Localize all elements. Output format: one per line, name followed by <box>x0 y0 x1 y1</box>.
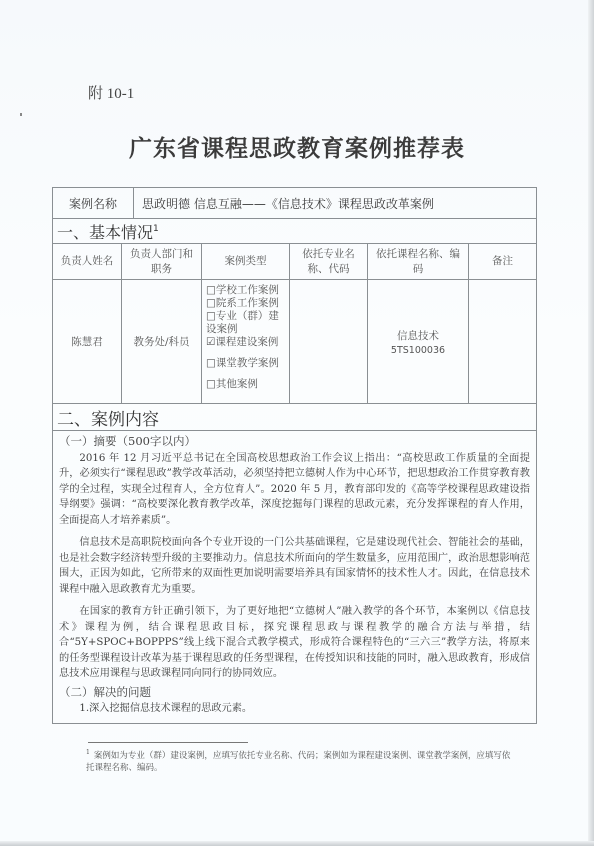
case-name-value: 思政明德 信息互融——《信息技术》课程思政改革案例 <box>134 188 536 218</box>
dept-position: 教务处/科员 <box>122 280 202 403</box>
course-code: 5TS100036 <box>391 345 445 356</box>
col-header-course: 依托课程名称、编码 <box>368 244 469 279</box>
case-type-option[interactable]: □其他案例 <box>206 378 258 391</box>
case-content-body: （一）摘要（500字以内） 2016 年 12 月习近平总书记在全国高校思想政治… <box>53 431 536 723</box>
checkbox-empty-icon: □ <box>206 357 216 369</box>
document-title: 广东省课程思政教育案例推荐表 <box>0 130 594 163</box>
scanned-page: 附 10-1 广东省课程思政教育案例推荐表 案例名称 思政明德 信息互融——《信… <box>0 0 594 846</box>
abstract-paragraph: 在国家的教育方针正确引领下，为了更好地把“立德树人”融入教学的各个环节，本案例以… <box>59 604 530 682</box>
abstract-heading: （一）摘要（500字以内） <box>59 434 530 450</box>
section-case-content-heading: 二、案例内容 <box>53 404 536 431</box>
checkbox-empty-icon: □ <box>206 297 216 309</box>
footnote-divider <box>88 742 248 743</box>
course-name: 信息技术 <box>397 328 439 343</box>
page-edge-shadow-bottom <box>0 841 594 846</box>
problems-heading: （二）解决的问题 <box>59 685 530 701</box>
col-header-dept-position: 负责人部门和职务 <box>122 244 202 279</box>
col-header-leader-name: 负责人姓名 <box>53 244 122 279</box>
recommendation-form-table: 案例名称 思政明德 信息互融——《信息技术》课程思政改革案例 一、基本情况1 负… <box>52 187 537 724</box>
case-type-option-checked[interactable]: ☑课程建设案例 <box>206 336 278 349</box>
footnote-text: 案例如为专业（群）建设案例，应填写依托专业名称、代码；案例如为课程建设案例、课堂… <box>86 751 510 773</box>
appendix-number: 附 10-1 <box>88 82 134 103</box>
col-header-remarks: 备注 <box>469 244 536 279</box>
case-content-block: （一）摘要（500字以内） 2016 年 12 月习近平总书记在全国高校思想政治… <box>53 431 536 723</box>
case-name-label: 案例名称 <box>53 188 134 218</box>
col-header-case-type: 案例类型 <box>202 244 290 279</box>
scan-speck <box>20 113 22 116</box>
major-name-code <box>290 280 368 403</box>
checkbox-empty-icon: □ <box>206 378 216 390</box>
case-type-option[interactable]: □专业（群）建设案例 <box>206 310 287 336</box>
case-type-option[interactable]: □学校工作案例 <box>206 284 279 297</box>
basic-info-header-row: 负责人姓名 负责人部门和职务 案例类型 依托专业名称、代码 依托课程名称、编码 … <box>53 244 536 280</box>
problem-item: 1.深入挖掘信息技术课程的思政元素。 <box>59 701 530 717</box>
case-type-options: □学校工作案例 □院系工作案例 □专业（群）建设案例 ☑课程建设案例 □课堂教学… <box>202 280 290 403</box>
section-case-content-title: 二、案例内容 <box>57 405 159 430</box>
footnote-marker: 1 <box>86 749 90 756</box>
section-basic-info-title: 一、基本情况 <box>57 220 153 243</box>
remarks <box>469 280 536 403</box>
case-type-option[interactable]: □课堂教学案例 <box>206 357 279 370</box>
col-header-major: 依托专业名称、代码 <box>290 244 368 279</box>
section-basic-info-heading: 一、基本情况1 <box>53 219 536 244</box>
case-type-option[interactable]: □院系工作案例 <box>206 297 279 310</box>
course-name-code: 信息技术 5TS100036 <box>368 280 469 403</box>
footnote: 1案例如为专业（群）建设案例，应填写依托专业名称、代码；案例如为课程建设案例、课… <box>86 747 516 774</box>
basic-info-data-row: 陈慧君 教务处/科员 □学校工作案例 □院系工作案例 □专业（群）建设案例 ☑课… <box>53 280 536 404</box>
page-edge-shadow <box>588 0 594 846</box>
case-name-row: 案例名称 思政明德 信息互融——《信息技术》课程思政改革案例 <box>53 188 536 219</box>
checkbox-empty-icon: □ <box>206 284 216 296</box>
leader-name: 陈慧君 <box>53 280 122 403</box>
checkbox-checked-icon: ☑ <box>206 336 215 348</box>
checkbox-empty-icon: □ <box>206 310 216 322</box>
abstract-paragraph: 2016 年 12 月习近平总书记在全国高校思想政治工作会议上指出：“高校思政工… <box>59 451 530 529</box>
footnote-ref: 1 <box>153 224 159 234</box>
abstract-paragraph: 信息技术是高职院校面向各个专业开设的一门公共基础课程，它是建设现代社会、智能社会… <box>59 535 530 597</box>
